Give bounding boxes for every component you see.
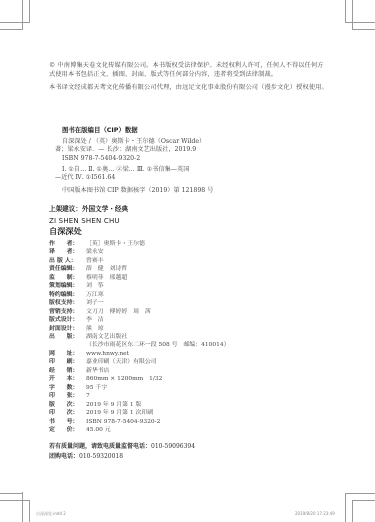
crop-mark [352, 29, 375, 30]
credit-value: 蔡明菲 邢越超 [86, 274, 127, 282]
credit-row: 字 数：95 千字 [49, 384, 230, 392]
cip-classification: Ⅰ. ①自… Ⅱ. ①奥… ②梁… Ⅲ. ①书信集—英国 —近代 Ⅳ. ①I56… [62, 166, 189, 183]
credit-row: 出 版 人：曾赛丰 [49, 257, 230, 265]
credit-value: 湖南文艺出版社 [86, 333, 127, 341]
crop-mark [345, 22, 375, 23]
credit-value: 7 [86, 392, 90, 400]
credit-row: 封面设计：熊 琼 [49, 325, 230, 333]
crop-mark [345, 493, 375, 494]
credit-row: 版权支持：刘子一 [49, 299, 230, 307]
cip-heading: 图书在版编目（CIP）数据 [62, 125, 138, 134]
crop-mark [22, 0, 23, 30]
book-title: 自深深处 [49, 226, 82, 237]
crop-mark [29, 500, 30, 522]
quality-hotline: 若有质量问题，请致电质量监督电话：010-59096394 [49, 441, 195, 450]
credit-label: 版 次： [49, 401, 86, 409]
credit-value: 45.00 元 [86, 426, 111, 434]
credit-value: 梁永安 [86, 248, 104, 256]
crop-mark [345, 0, 346, 23]
credit-row: 印 次：2019 年 9 月第 1 次印刷 [49, 409, 230, 417]
credit-label: 定 价： [49, 426, 86, 434]
credit-value: 新华书店 [86, 367, 110, 375]
crop-mark [0, 493, 23, 494]
credit-label: 经 销： [49, 367, 86, 375]
crop-mark [22, 492, 23, 522]
credit-value: 嘉业印刷（天津）有限公司 [86, 358, 157, 366]
credit-row: 版式设计：李 洁 [49, 316, 230, 324]
credit-row: 印 张：7 [49, 392, 230, 400]
credit-row: （长沙市雨花区东二环一段 508 号 邮编：410014） [49, 341, 230, 349]
group-purchase-line: 团购电话：010-59320018 [49, 451, 123, 460]
crop-mark [0, 500, 30, 501]
group-phone: 010-59320018 [79, 453, 123, 460]
cip-class-line: —近代 Ⅳ. ①I561.64 [55, 174, 189, 182]
credit-label [49, 341, 86, 349]
credits-list: 作 者：［英］奥斯卡・王尔德 译 者：梁永安 出 版 人：曾赛丰 责任编辑：薛 … [49, 240, 230, 434]
crop-mark [0, 29, 23, 30]
credit-row: 印 刷：嘉业印刷（天津）有限公司 [49, 358, 230, 366]
quality-label: 若有质量问题，请致电质量监督电话： [49, 443, 151, 450]
credit-label: 营销支持： [49, 308, 86, 316]
credit-value: ［英］奥斯卡・王尔德 [86, 240, 145, 248]
credit-row: 经 销：新华书店 [49, 367, 230, 375]
quality-phone: 010-59096394 [151, 443, 195, 450]
credit-value: 薛 健 刘诗哲 [86, 265, 127, 273]
crop-mark [345, 493, 346, 522]
credit-value: 熊 琼 [86, 325, 104, 333]
book-title-pinyin: ZI SHEN SHEN CHU [49, 217, 120, 225]
credit-value: 2019 年 9 月第 1 次印刷 [86, 409, 153, 417]
credit-label: 出 版 人： [49, 257, 86, 265]
group-label: 团购电话： [49, 453, 79, 460]
credit-row: 译 者：梁永安 [49, 248, 230, 256]
credit-label: 责任编辑： [49, 265, 86, 273]
credit-row: 策划编辑：刘 筝 [49, 282, 230, 290]
credit-value: 刘 筝 [86, 282, 104, 290]
crop-mark [29, 0, 30, 23]
credit-label: 版式设计： [49, 316, 86, 324]
credit-row: 出 版：湖南文艺出版社 [49, 333, 230, 341]
credit-row: 特约编辑：万江寒 [49, 291, 230, 299]
credit-label: 印 次： [49, 409, 86, 417]
credit-label: 策划编辑： [49, 282, 86, 290]
credit-label: 监 制： [49, 274, 86, 282]
footer-timestamp: 2019/8/20 17:23:49 [295, 511, 335, 516]
credit-value: 曾赛丰 [86, 257, 104, 265]
agency-notice: 本书译文经成都天鸢文化传播有限公司代理，由远足文化事业股份有限公司（漫步文化）授… [49, 83, 329, 92]
website-link[interactable]: www.hnwy.net [86, 350, 129, 358]
publisher-address: （长沙市雨花区东二环一段 508 号 邮编：410014） [86, 341, 230, 349]
credit-row: 定 价：45.00 元 [49, 426, 230, 434]
credit-label: 封面设计： [49, 325, 86, 333]
credit-value: 万江寒 [86, 291, 104, 299]
credit-value: 860mm × 1200mm 1/32 [86, 375, 162, 383]
credit-row: 开 本：860mm × 1200mm 1/32 [49, 375, 230, 383]
credit-row: 监 制：蔡明菲 邢越超 [49, 274, 230, 282]
credit-row: 作 者：［英］奥斯卡・王尔德 [49, 240, 230, 248]
crop-mark [352, 500, 375, 501]
credit-label: 出 版： [49, 333, 86, 341]
cip-line: 著；梁永安译．— 长沙：湖南文艺出版社，2019.9 [55, 146, 205, 154]
credit-value: ISBN 978-7-5404-9320-2 [86, 418, 160, 426]
credit-value: 文刀刀 傅婷婷 周 茜 [86, 308, 151, 316]
credit-label: 网 址： [49, 350, 86, 358]
credit-label: 译 者： [49, 248, 86, 256]
credit-value: 刘子一 [86, 299, 104, 307]
copyright-notice: © 中南博集天卷文化传媒有限公司。本书版权受法律保护。未经权利人许可，任何人不得… [49, 61, 329, 79]
credit-value: 95 千字 [86, 384, 107, 392]
crop-mark [0, 22, 30, 23]
credit-label: 字 数： [49, 384, 86, 392]
footer-filename: 自深深处.indd 2 [36, 511, 66, 517]
cip-record: 自深深处 / （英）奥斯卡・王尔德（Oscar Wilde） 著；梁永安译．— … [62, 138, 205, 163]
credit-row: 网 址：www.hnwy.net [49, 350, 230, 358]
shelf-suggestion: 上架建议：外国文学・经典 [49, 203, 128, 213]
credit-label: 版权支持： [49, 299, 86, 307]
credit-row: 书 号：ISBN 978-7-5404-9320-2 [49, 418, 230, 426]
credit-value: 2019 年 9 月第 1 版 [86, 401, 141, 409]
credit-value: 李 洁 [86, 316, 104, 324]
credit-label: 书 号： [49, 418, 86, 426]
credit-row: 责任编辑：薛 健 刘诗哲 [49, 265, 230, 273]
credit-label: 印 张： [49, 392, 86, 400]
crop-mark [352, 0, 353, 30]
cip-verify-number: 中国版本图书馆 CIP 数据核字（2019）第 121898 号 [62, 187, 213, 195]
credit-label: 作 者： [49, 240, 86, 248]
credit-row: 营销支持：文刀刀 傅婷婷 周 茜 [49, 308, 230, 316]
crop-mark [352, 500, 353, 522]
credit-label: 印 刷： [49, 358, 86, 366]
credit-row: 版 次：2019 年 9 月第 1 版 [49, 401, 230, 409]
credit-label: 开 本： [49, 375, 86, 383]
credit-label: 特约编辑： [49, 291, 86, 299]
cip-line: ISBN 978-7-5404-9320-2 [62, 155, 205, 163]
